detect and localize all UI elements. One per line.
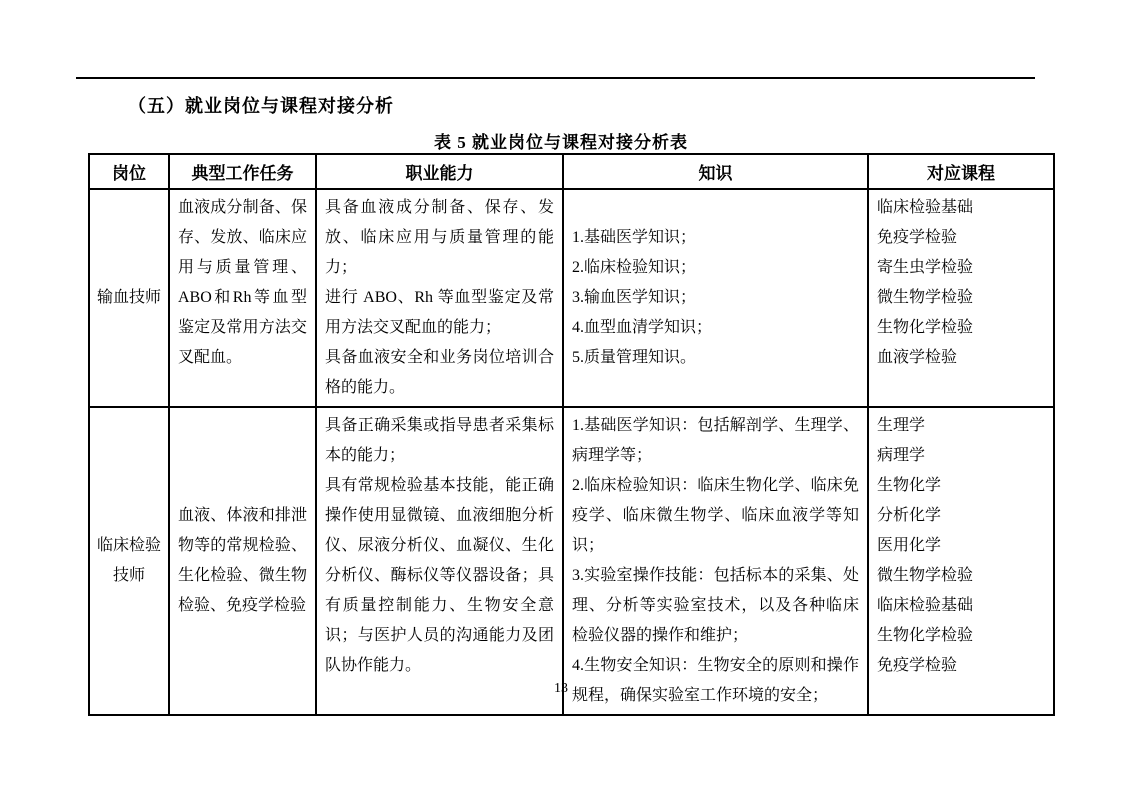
knowledge-line: 3.实验室操作技能：包括标本的采集、处理、分析等实验室技术，以及各种临床检验仪器… (572, 561, 859, 651)
course-line: 生理学 (877, 411, 1045, 441)
job-course-mapping-table: 岗位 典型工作任务 职业能力 知识 对应课程 输血技师 血液成分制备、保存、发放… (88, 153, 1055, 716)
course-line: 微生物学检验 (877, 283, 1045, 313)
ability-line: 进行 ABO、Rh 等血型鉴定及常用方法交叉配血的能力； (325, 283, 554, 343)
ability-line: 具备血液安全和业务岗位培训合格的能力。 (325, 343, 554, 403)
cell-abilities: 具备血液成分制备、保存、发放、临床应用与质量管理的能力； 进行 ABO、Rh 等… (316, 189, 563, 407)
table-title: 表 5 就业岗位与课程对接分析表 (0, 128, 1122, 153)
cell-knowledge: 1.基础医学知识； 2.临床检验知识； 3.输血医学知识； 4.血型血清学知识；… (563, 189, 868, 407)
section-heading: （五）就业岗位与课程对接分析 (128, 92, 394, 118)
cell-position: 输血技师 (89, 189, 169, 407)
table-row-transfusion-technician: 输血技师 血液成分制备、保存、发放、临床应用与质量管理、ABO和Rh等血型鉴定及… (89, 189, 1054, 407)
course-line: 医用化学 (877, 531, 1045, 561)
ability-line: 具备血液成分制备、保存、发放、临床应用与质量管理的能力； (325, 193, 554, 283)
course-line: 免疫学检验 (877, 223, 1045, 253)
cell-courses: 生理学 病理学 生物化学 分析化学 医用化学 微生物学检验 临床检验基础 生物化… (868, 407, 1054, 715)
course-line: 寄生虫学检验 (877, 253, 1045, 283)
knowledge-line: 2.临床检验知识； (572, 253, 859, 283)
ability-line: 具备正确采集或指导患者采集标本的能力； (325, 411, 554, 471)
knowledge-line: 1.基础医学知识； (572, 223, 859, 253)
knowledge-line: 2.临床检验知识：临床生物化学、临床免疫学、临床微生物学、临床血液学等知识； (572, 471, 859, 561)
cell-courses: 临床检验基础 免疫学检验 寄生虫学检验 微生物学检验 生物化学检验 血液学检验 (868, 189, 1054, 407)
cell-knowledge: 1.基础医学知识：包括解剖学、生理学、病理学等； 2.临床检验知识：临床生物化学… (563, 407, 868, 715)
cell-tasks: 血液、体液和排泄物等的常规检验、生化检验、微生物检验、免疫学检验 (169, 407, 316, 715)
ability-line: 具有常规检验基本技能，能正确操作使用显微镜、血液细胞分析仪、尿液分析仪、血凝仪、… (325, 471, 554, 681)
header-rule (76, 77, 1035, 79)
course-line: 病理学 (877, 441, 1045, 471)
col-header-knowledge: 知识 (563, 154, 868, 189)
course-line: 分析化学 (877, 501, 1045, 531)
knowledge-line: 5.质量管理知识。 (572, 343, 859, 373)
knowledge-line: 3.输血医学知识； (572, 283, 859, 313)
course-line: 血液学检验 (877, 343, 1045, 373)
col-header-abilities: 职业能力 (316, 154, 563, 189)
col-header-position: 岗位 (89, 154, 169, 189)
knowledge-line: 4.血型血清学知识； (572, 313, 859, 343)
col-header-tasks: 典型工作任务 (169, 154, 316, 189)
course-line: 临床检验基础 (877, 193, 1045, 223)
table-row-clinical-lab-technician: 临床检验技师 血液、体液和排泄物等的常规检验、生化检验、微生物检验、免疫学检验 … (89, 407, 1054, 715)
course-line: 临床检验基础 (877, 591, 1045, 621)
table-header-row: 岗位 典型工作任务 职业能力 知识 对应课程 (89, 154, 1054, 189)
course-line: 生物化学检验 (877, 313, 1045, 343)
cell-position: 临床检验技师 (89, 407, 169, 715)
course-line: 生物化学检验 (877, 621, 1045, 651)
cell-abilities: 具备正确采集或指导患者采集标本的能力； 具有常规检验基本技能，能正确操作使用显微… (316, 407, 563, 715)
knowledge-line: 1.基础医学知识：包括解剖学、生理学、病理学等； (572, 411, 859, 471)
course-line: 生物化学 (877, 471, 1045, 501)
course-line: 免疫学检验 (877, 651, 1045, 681)
cell-tasks: 血液成分制备、保存、发放、临床应用与质量管理、ABO和Rh等血型鉴定及常用方法交… (169, 189, 316, 407)
col-header-courses: 对应课程 (868, 154, 1054, 189)
course-line: 微生物学检验 (877, 561, 1045, 591)
page-number: 13 (0, 681, 1122, 697)
